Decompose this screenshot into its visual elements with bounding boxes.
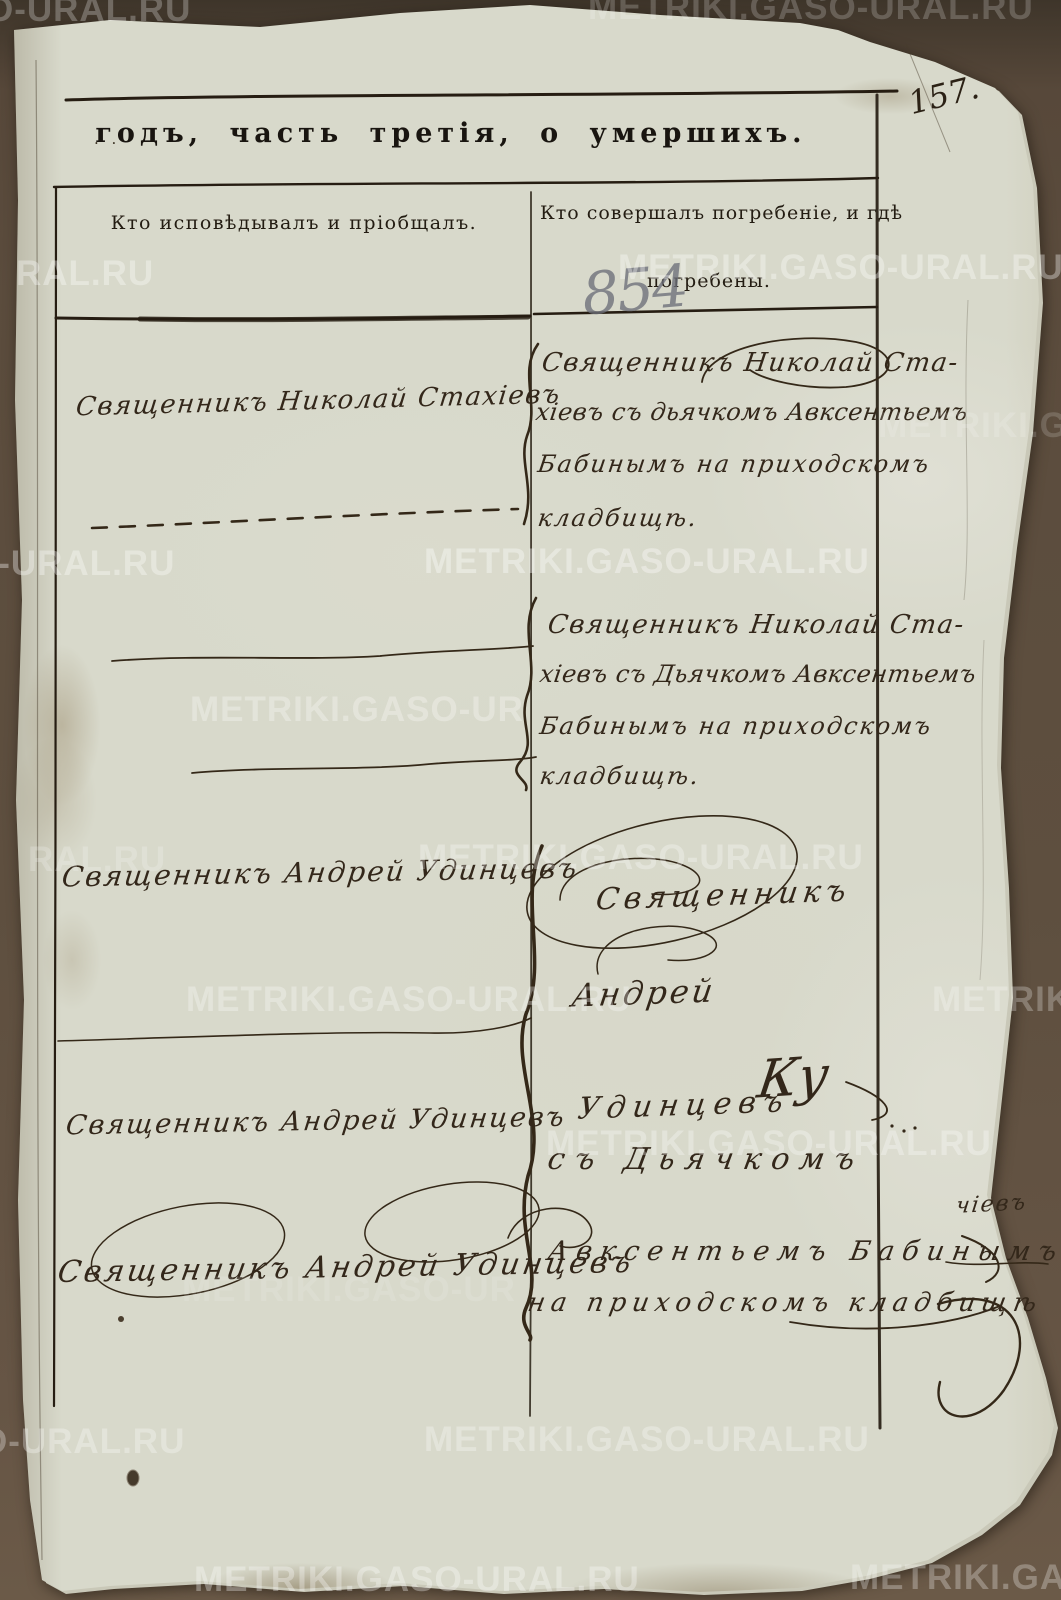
archival-pencil-number: 854 [579,252,689,329]
entry-right-row1-line4: кладбищѣ. [536,504,700,532]
entry-right-row2-line1: Священникъ Николай Ста- [546,610,967,640]
entry-right-row4-insert: чіевъ [955,1190,1029,1219]
entry-right-row1-line1: Священникъ Николай Ста- [540,348,961,378]
column-header-burial-line1: Кто совершалъ погребеніе, и гдѣ [540,202,878,224]
entry-right-row2-line3: Бабинымъ на приходскомъ [538,712,934,740]
column-header-confession: Кто исповѣдывалъ и пріобщалъ. [60,212,528,234]
entry-right-row2-line2: хіевъ съ Дьячкомъ Авксентьемъ [538,660,978,688]
entry-right-row3-word4: Ку [754,1045,833,1111]
entry-right-row3-word2: Андрей [569,971,718,1014]
paper-sheet-wrap [0,0,1061,1600]
paper-sheet [0,0,1061,1600]
entry-right-row4-line2: Авксентьемъ Бабинымъ [545,1236,1061,1267]
entry-right-row1-line3: Бабинымъ на приходскомъ [536,450,932,478]
entry-right-row4-line3: на приходскомъ кладбищѣ [525,1288,1045,1318]
document-scan-page: . . годъ, часть третія, о умершихъ. 157.… [0,0,1061,1600]
entry-right-row1-line2: хіевъ съ дьячкомъ Авксентьемъ [534,398,970,426]
page-title: годъ, часть третія, о умершихъ. [95,118,807,149]
entry-right-row4-line1: съ Дьячкомъ [545,1142,868,1177]
entry-right-row2-line4: кладбищѣ. [538,762,702,790]
